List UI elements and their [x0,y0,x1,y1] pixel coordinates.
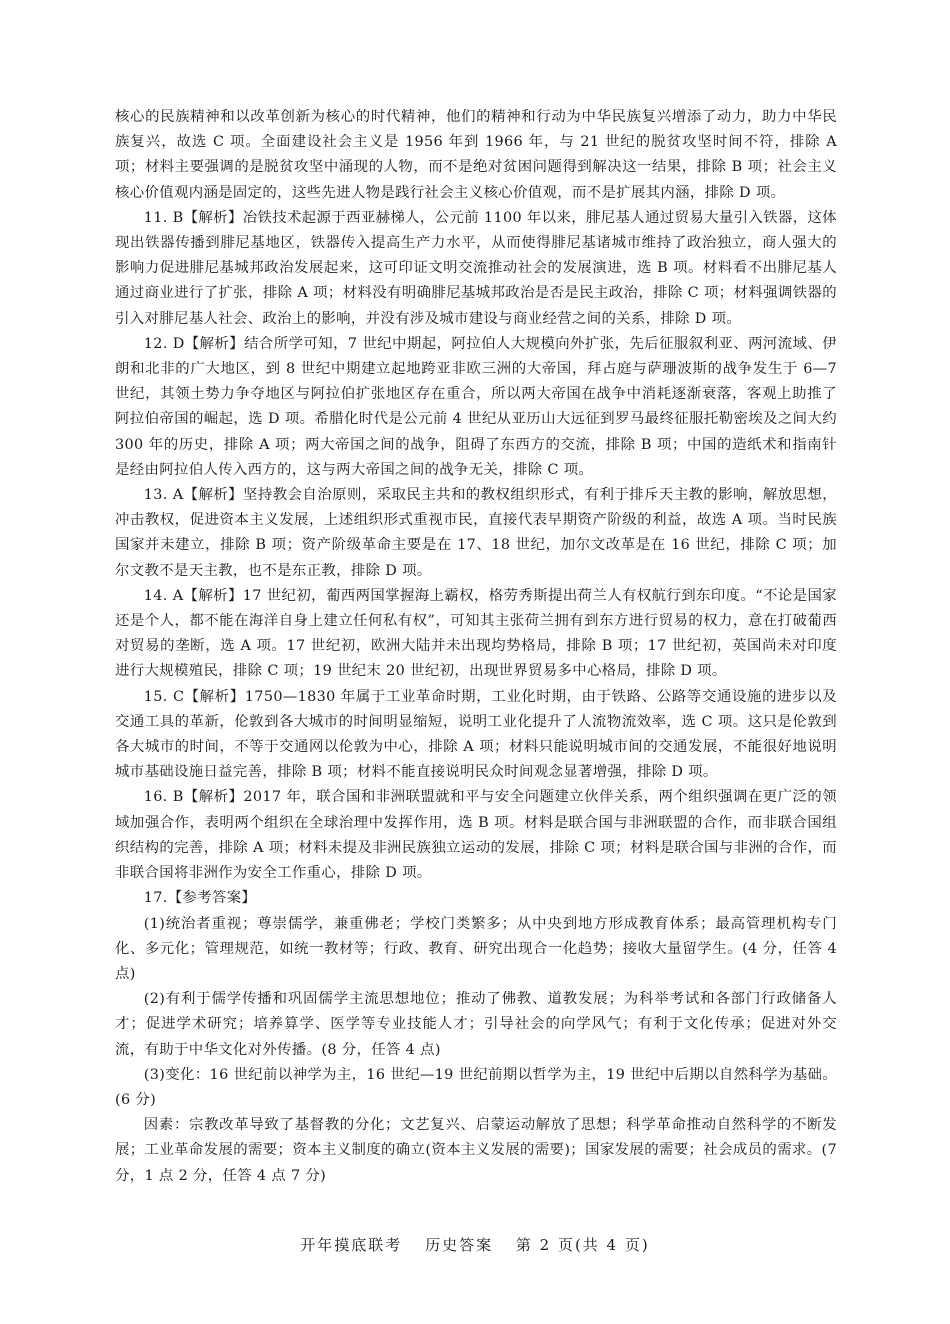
footer-page-info: 第 2 页(共 4 页) [516,1236,650,1254]
page-footer: 开年摸底联考 历史答案 第 2 页(共 4 页) [0,1234,950,1255]
paragraph-q17-part1: (1)统治者重视；尊崇儒学，兼重佛老；学校门类繁多；从中央到地方形成教育体系；最… [115,912,837,988]
paragraph-q10-continuation: 核心的民族精神和以改革创新为核心的时代精神，他们的精神和行动为中华民族复兴增添了… [115,105,837,206]
paragraph-q15-answer: 15. C【解析】1750—1830 年属于工业革命时期，工业化时期，由于铁路、… [115,685,837,786]
paragraph-q17-part3-changes: (3)变化：16 世纪前以神学为主，16 世纪—19 世纪前期以哲学为主，19 … [115,1063,837,1113]
paragraph-q11-answer: 11. B【解析】冶铁技术起源于西亚赫梯人，公元前 1100 年以来，腓尼基人通… [115,206,837,332]
footer-subject: 历史答案 [425,1236,493,1254]
answer-document-body: 核心的民族精神和以改革创新为核心的时代精神，他们的精神和行动为中华民族复兴增添了… [115,105,837,1189]
paragraph-q12-answer: 12. D【解析】结合所学可知，7 世纪中期起，阿拉伯人大规模向外扩张，先后征服… [115,332,837,483]
paragraph-q17-heading: 17.【参考答案】 [115,886,837,911]
paragraph-q17-part3-factors: 因素：宗教改革导致了基督教的分化；文艺复兴、启蒙运动解放了思想；科学革命推动自然… [115,1113,837,1189]
paragraph-q14-answer: 14. A【解析】17 世纪初，葡西两国掌握海上霸权，格劳秀斯提出荷兰人有权航行… [115,584,837,685]
paragraph-q16-answer: 16. B【解析】2017 年，联合国和非洲联盟就和平与安全问题建立伙伴关系，两… [115,785,837,886]
paragraph-q17-part2: (2)有利于儒学传播和巩固儒学主流思想地位；推动了佛教、道教发展；为科举考试和各… [115,987,837,1063]
paragraph-q13-answer: 13. A【解析】坚持教会自治原则，采取民主共和的教权组织形式，有利于排斥天主教… [115,483,837,584]
footer-exam-name: 开年摸底联考 [300,1236,402,1254]
